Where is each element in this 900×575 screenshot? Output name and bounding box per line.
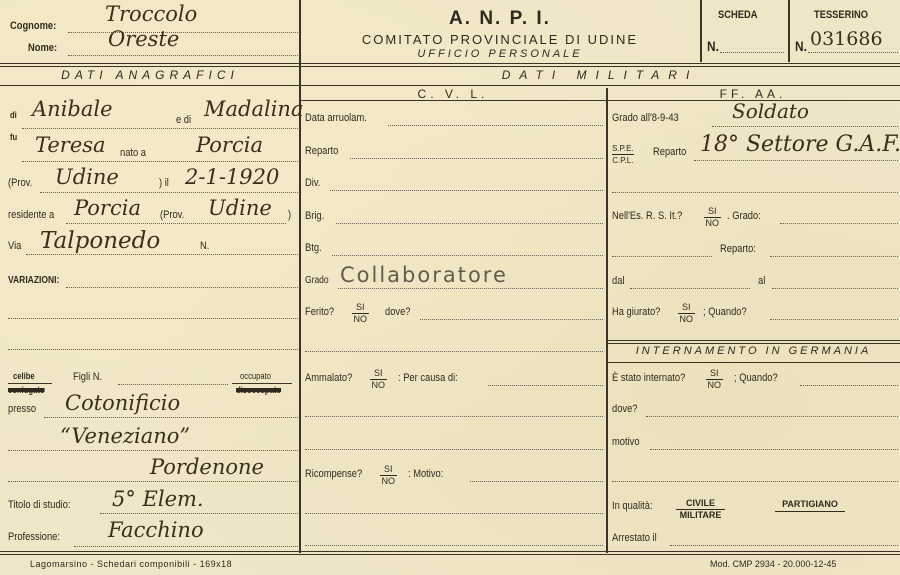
giurato-label: Ha giurato? [612,306,660,318]
birth-date[interactable]: 2-1-1920 [185,165,279,189]
via-dots [26,254,298,255]
si-option: SI [678,302,695,314]
btg-dots[interactable] [332,255,603,256]
spe-cpl[interactable]: S.P.E.C.P.L. [612,143,634,166]
scheda-n-label: N. [707,38,719,54]
nome-value[interactable]: Oreste [108,27,179,51]
arruolam-dots[interactable] [388,125,603,126]
btg-label: Btg. [305,242,322,254]
rsi-grado-label: . Grado: [727,210,761,222]
div-dots[interactable] [330,190,603,191]
scheda-dots [720,52,784,53]
il-label: ) il [159,177,169,189]
no-option: NO [704,218,721,229]
tesserino-dots [808,52,898,53]
via-label: Via [8,240,21,252]
al-dots[interactable] [772,288,898,289]
res-prov[interactable]: Udine [208,196,272,220]
rsi-label: Nell'Es. R. S. It.? [612,210,682,222]
brig-dots[interactable] [336,223,603,224]
residence-dots [66,223,286,224]
cognome-value[interactable]: Troccolo [105,2,197,26]
divider-scheda [700,0,702,62]
employer-line-2[interactable]: “Veneziano” [60,424,190,448]
civile-militare-choice[interactable]: CIVILEMILITARE [676,498,725,521]
rsi-reparto-dots[interactable] [770,256,898,257]
internato-si-no[interactable]: SINO [706,368,723,391]
e-di-label: e di [176,114,191,126]
disoccupato-label-struck: disoccupato [236,385,281,395]
causa-dots-2 [305,416,603,417]
di-label: di [10,110,17,120]
prov-label: (Prov. [8,177,32,189]
cvl-grado-label: Grado [305,275,329,286]
no-option: NO [678,314,695,325]
nome-label: Nome: [28,42,57,54]
giurato-quando-label: ; Quando? [703,306,747,318]
si-option: SI [370,368,387,380]
divider-left [299,0,301,553]
tesserino-label: TESSERINO [814,9,868,21]
birth-dots [22,161,298,162]
rsi-grado-dots[interactable] [780,223,898,224]
si-option: SI [706,368,723,380]
causa-dots-3 [305,449,603,450]
dal-dots[interactable] [630,288,750,289]
employer-dots-3 [8,481,298,482]
qualita-label: In qualità: [612,500,653,512]
rsi-si-no[interactable]: SINO [704,206,721,229]
internato-quando-dots[interactable] [800,385,898,386]
section-rule [0,85,900,86]
civile-option: CIVILE [676,498,725,510]
militare-option: MILITARE [676,510,725,521]
titolo-label: Titolo di studio: [8,499,71,511]
ffaa-reparto-dots-2 [612,192,898,193]
res-prov-label: (Prov. [160,209,184,221]
cpl-option: C.P.L. [612,155,634,166]
divider-mid [606,88,608,553]
dal-label: dal [612,275,624,287]
rsi-reparto-label: Reparto: [720,243,756,255]
giurato-si-no[interactable]: SINO [678,302,695,325]
ferito-si-no[interactable]: SINO [352,302,369,325]
titolo-dots [100,513,298,514]
ffaa-grado-label: Grado all'8-9-43 [612,112,679,124]
spe-option: S.P.E. [612,143,634,155]
cvl-reparto-dots[interactable] [350,158,603,159]
section-internamento: INTERNAMENTO IN GERMANIA [607,345,900,357]
presso-dots [44,417,298,418]
cognome-dots [68,32,298,33]
partigiano-option[interactable]: PARTIGIANO [775,499,845,512]
causa-dots[interactable] [488,385,603,386]
internamento-rule-top [607,340,900,344]
no-option: NO [706,380,723,391]
internato-dove-dots[interactable] [646,416,898,417]
fu-label: fu [10,132,17,142]
nato-label: nato a [120,147,146,159]
causa-label: : Per causa di: [398,372,458,384]
ffaa-reparto-label: Reparto [653,146,686,158]
section-anagrafici: DATI ANAGRAFICI [0,68,300,82]
cvl-grado-stamp: Collaboratore [340,263,508,287]
internamento-rule-bottom [607,362,900,363]
section-cvl: C. V. L. [300,87,606,101]
residence[interactable]: Porcia [74,196,141,220]
cvl-grado-dots [338,288,603,289]
ammalato-si-no[interactable]: SINO [370,368,387,391]
titolo-value[interactable]: 5° Elem. [112,487,204,511]
si-option: SI [704,206,721,218]
internato-dots-2 [612,481,898,482]
parents-dots [22,128,298,129]
divider-tesserino [788,0,790,62]
professione-value[interactable]: Facchino [108,518,204,542]
ffaa-reparto-dots [694,160,898,161]
internato-dove-label: dove? [612,403,637,415]
tesserino-n-label: N. [795,38,807,54]
internato-quando-label: ; Quando? [734,372,778,384]
occupato-rule [232,383,292,384]
professione-label: Professione: [8,531,60,543]
ricompense-label: Ricompense? [305,468,362,480]
org-office: UFFICIO PERSONALE [300,48,700,60]
footer-rule [0,551,900,555]
al-label: al [758,275,765,287]
internato-motivo-dots[interactable] [650,449,898,450]
ffaa-reparto-value[interactable]: 18° Settore G.A.F. [700,132,900,157]
arruolam-label: Data arruolam. [305,112,367,124]
res-prov-close: ) [288,209,291,221]
cognome-label: Cognome: [10,20,56,32]
anpi-personnel-card: Cognome: Troccolo Nome: Oreste A. N. P. … [0,0,900,575]
presso-label: presso [8,403,36,415]
motivo-dots-2 [305,513,603,514]
no-option: NO [370,380,387,391]
mother-name[interactable]: Madalina [204,97,303,121]
nome-dots [68,55,298,56]
ammalato-label: Ammalato? [305,372,352,384]
employer-line-3[interactable]: Pordenone [150,455,264,479]
arrestato-label: Arrestato il [612,532,657,544]
org-subtitle: COMITATO PROVINCIALE DI UDINE [300,32,700,47]
coniugato-label-struck: coniugato [8,385,45,395]
motivo-dots[interactable] [470,481,603,482]
brig-label: Brig. [305,210,324,222]
variazioni-dots-1 [66,287,298,288]
variazioni-dots-3 [8,349,298,350]
motivo-dots-3 [305,545,603,546]
professione-dots [74,546,298,547]
si-option: SI [352,302,369,314]
scheda-label: SCHEDA [718,9,757,21]
ferito-label: Ferito? [305,306,334,318]
cvl-reparto-label: Reparto [305,145,338,157]
celibe-rule [8,383,52,384]
n-label: N. [200,240,209,252]
si-option: SI [380,464,397,476]
motivo-label: : Motivo: [408,468,443,480]
mother-name-cont[interactable]: Teresa [35,133,106,157]
tesserino-n-value[interactable]: 031686 [810,28,883,50]
employer-dots-2 [8,450,298,451]
footer-printer: Lagomarsino - Schedari componibili - 169… [30,559,232,569]
ricompense-si-no[interactable]: SINO [380,464,397,487]
ffaa-grado-dots [712,126,898,127]
org-title: A. N. P. I. [300,8,700,30]
residente-label: residente a [8,209,54,221]
header-rule [0,63,900,67]
celibe-label: celibe [13,371,35,381]
ferito-dove-dots[interactable] [420,319,603,320]
birthdate-dots [40,192,298,193]
variazioni-dots-2 [8,318,298,319]
rsi-reparto-left-dots [612,256,712,257]
employer-line-1[interactable]: Cotonificio [65,391,180,415]
footer-model: Mod. CMP 2934 - 20.000-12-45 [710,559,836,569]
figli-dots [118,384,228,385]
giurato-quando-dots[interactable] [770,319,898,320]
variazioni-label: VARIAZIONI: [8,275,59,286]
ferito-dots-2 [305,351,603,352]
birthplace[interactable]: Porcia [196,133,263,157]
ferito-dove-label: dove? [385,306,410,318]
via-value[interactable]: Talponedo [40,228,160,254]
div-label: Div. [305,177,320,189]
section-militari: DATI MILITARI [300,68,900,82]
arrestato-dots[interactable] [670,545,898,546]
birth-prov[interactable]: Udine [55,165,119,189]
no-option: NO [380,476,397,487]
occupato-label: occupato [240,371,271,381]
figli-label: Figli N. [73,371,102,383]
ffaa-grado-value[interactable]: Soldato [732,99,809,123]
no-option: NO [352,314,369,325]
internato-motivo-label: motivo [612,436,640,448]
internato-label: È stato internato? [612,372,685,384]
father-name[interactable]: Anibale [32,97,113,121]
